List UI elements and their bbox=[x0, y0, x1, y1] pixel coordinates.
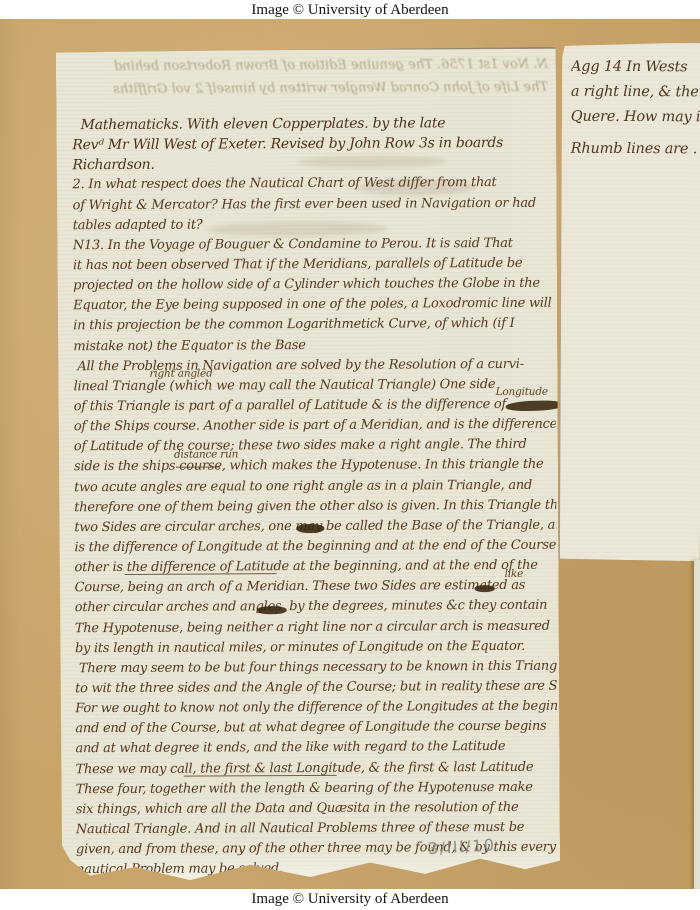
manuscript-line: N13. In the Voyage of Bouguer & Condamin… bbox=[73, 234, 555, 257]
ink-blot bbox=[475, 585, 495, 592]
archive-scan-photo: Image © University of Aberdeen N. Nov 1s… bbox=[0, 0, 700, 910]
manuscript-line: to wit the three sides and the Angle of … bbox=[75, 677, 557, 700]
copyright-caption-bottom: Image © University of Aberdeen bbox=[0, 889, 700, 910]
manuscript-line: six things, which are all the Data and Q… bbox=[76, 797, 558, 820]
manuscript-line: it has not been observed That if the Mer… bbox=[73, 254, 555, 277]
manuscript-line: therefore one of them being given the ot… bbox=[74, 495, 556, 518]
copyright-caption-top: Image © University of Aberdeen bbox=[0, 0, 700, 20]
manuscript-line: These we may call, the first & last Long… bbox=[76, 757, 558, 780]
manuscript-line: mistake not) the Equator is the Base bbox=[73, 334, 555, 357]
insertion-like: like bbox=[505, 569, 524, 580]
manuscript-page: N. Nov 1st 1756. The genuine Edition of … bbox=[56, 47, 560, 884]
manuscript-line: and end of the Course, but at what degre… bbox=[75, 717, 557, 740]
manuscript-line: Richardson. bbox=[72, 153, 554, 176]
manuscript-line: The Hypotenuse, being neither a right li… bbox=[75, 616, 557, 639]
verso-bleedthrough: N. Nov 1st 1756. The genuine Edition of … bbox=[62, 53, 548, 102]
manuscript-line: These four, together with the length & b… bbox=[76, 777, 558, 800]
manuscript-line: Mathematicks. With eleven Copperplates. … bbox=[72, 113, 554, 136]
fragment-text: Agg 14 In Westsa right line, & therefoQu… bbox=[571, 55, 700, 163]
fragment-line: a right line, & therefo bbox=[571, 80, 700, 106]
ink-strike bbox=[176, 466, 220, 468]
manuscript-line: All the Problems in Navigation are solve… bbox=[73, 354, 555, 377]
manuscript-line: other circular arches and angles by the … bbox=[75, 596, 557, 619]
insertion-distance-run: distance run bbox=[174, 449, 238, 460]
bleedthrough-line: N. Nov 1st 1756. The genuine Edition of … bbox=[62, 53, 548, 79]
fragment-line: Quere. How may i bbox=[571, 105, 700, 131]
manuscript-line: For we ought to know not only the differ… bbox=[75, 697, 557, 720]
paper-strip-right bbox=[694, 560, 700, 889]
ink-blot bbox=[296, 524, 324, 533]
manuscript-line: There may seem to be but four things nec… bbox=[75, 656, 557, 679]
manuscript-line: two acute angles are equal to one right … bbox=[74, 475, 556, 498]
manuscript-line: projected on the hollow side of a Cylind… bbox=[73, 274, 555, 297]
paper-fragment: Agg 14 In Westsa right line, & therefoQu… bbox=[559, 42, 700, 562]
bleedthrough-line: The Life of John Conrad Wengler written … bbox=[62, 76, 548, 102]
fragment-line: Agg 14 In Wests bbox=[571, 55, 700, 81]
pencil-shelfmark: 3/III/10 bbox=[428, 835, 496, 858]
manuscript-line: of the Ships course. Another side is par… bbox=[74, 415, 556, 438]
manuscript-line: of Latitude of the course; these two sid… bbox=[74, 435, 556, 458]
manuscript-line: side is the ships course, which makes th… bbox=[74, 455, 556, 478]
manuscript-line: tables adapted to it? bbox=[73, 213, 555, 236]
manuscript-text: Mathematicks. With eleven Copperplates. … bbox=[72, 113, 558, 878]
manuscript-line: Revᵈ Mr Will West of Exeter. Revised by … bbox=[72, 133, 554, 156]
insertion-longitude: Longitude bbox=[496, 387, 548, 398]
manuscript-line: and at what degree it ends, and the like… bbox=[75, 737, 557, 760]
manuscript-line: in this projection be the common Logarit… bbox=[73, 314, 555, 337]
manuscript-line: of Wright & Mercator? Has the first ever… bbox=[73, 193, 555, 216]
manuscript-line: Equator, the Eye being supposed in one o… bbox=[73, 294, 555, 317]
manuscript-line: is the difference of Longitude at the be… bbox=[74, 536, 556, 559]
manuscript-line: lineal Triangle (which we may call the N… bbox=[74, 375, 556, 398]
manuscript-line: of this Triangle is part of a parallel o… bbox=[74, 395, 556, 418]
manuscript-line: 2. In what respect does the Nautical Cha… bbox=[72, 173, 554, 196]
manuscript-line: by its length in nautical miles, or minu… bbox=[75, 636, 557, 659]
insertion-right-angled: right angled bbox=[149, 368, 212, 379]
ink-blot bbox=[257, 606, 287, 614]
fragment-line: Rhumb lines are . bbox=[571, 137, 700, 163]
